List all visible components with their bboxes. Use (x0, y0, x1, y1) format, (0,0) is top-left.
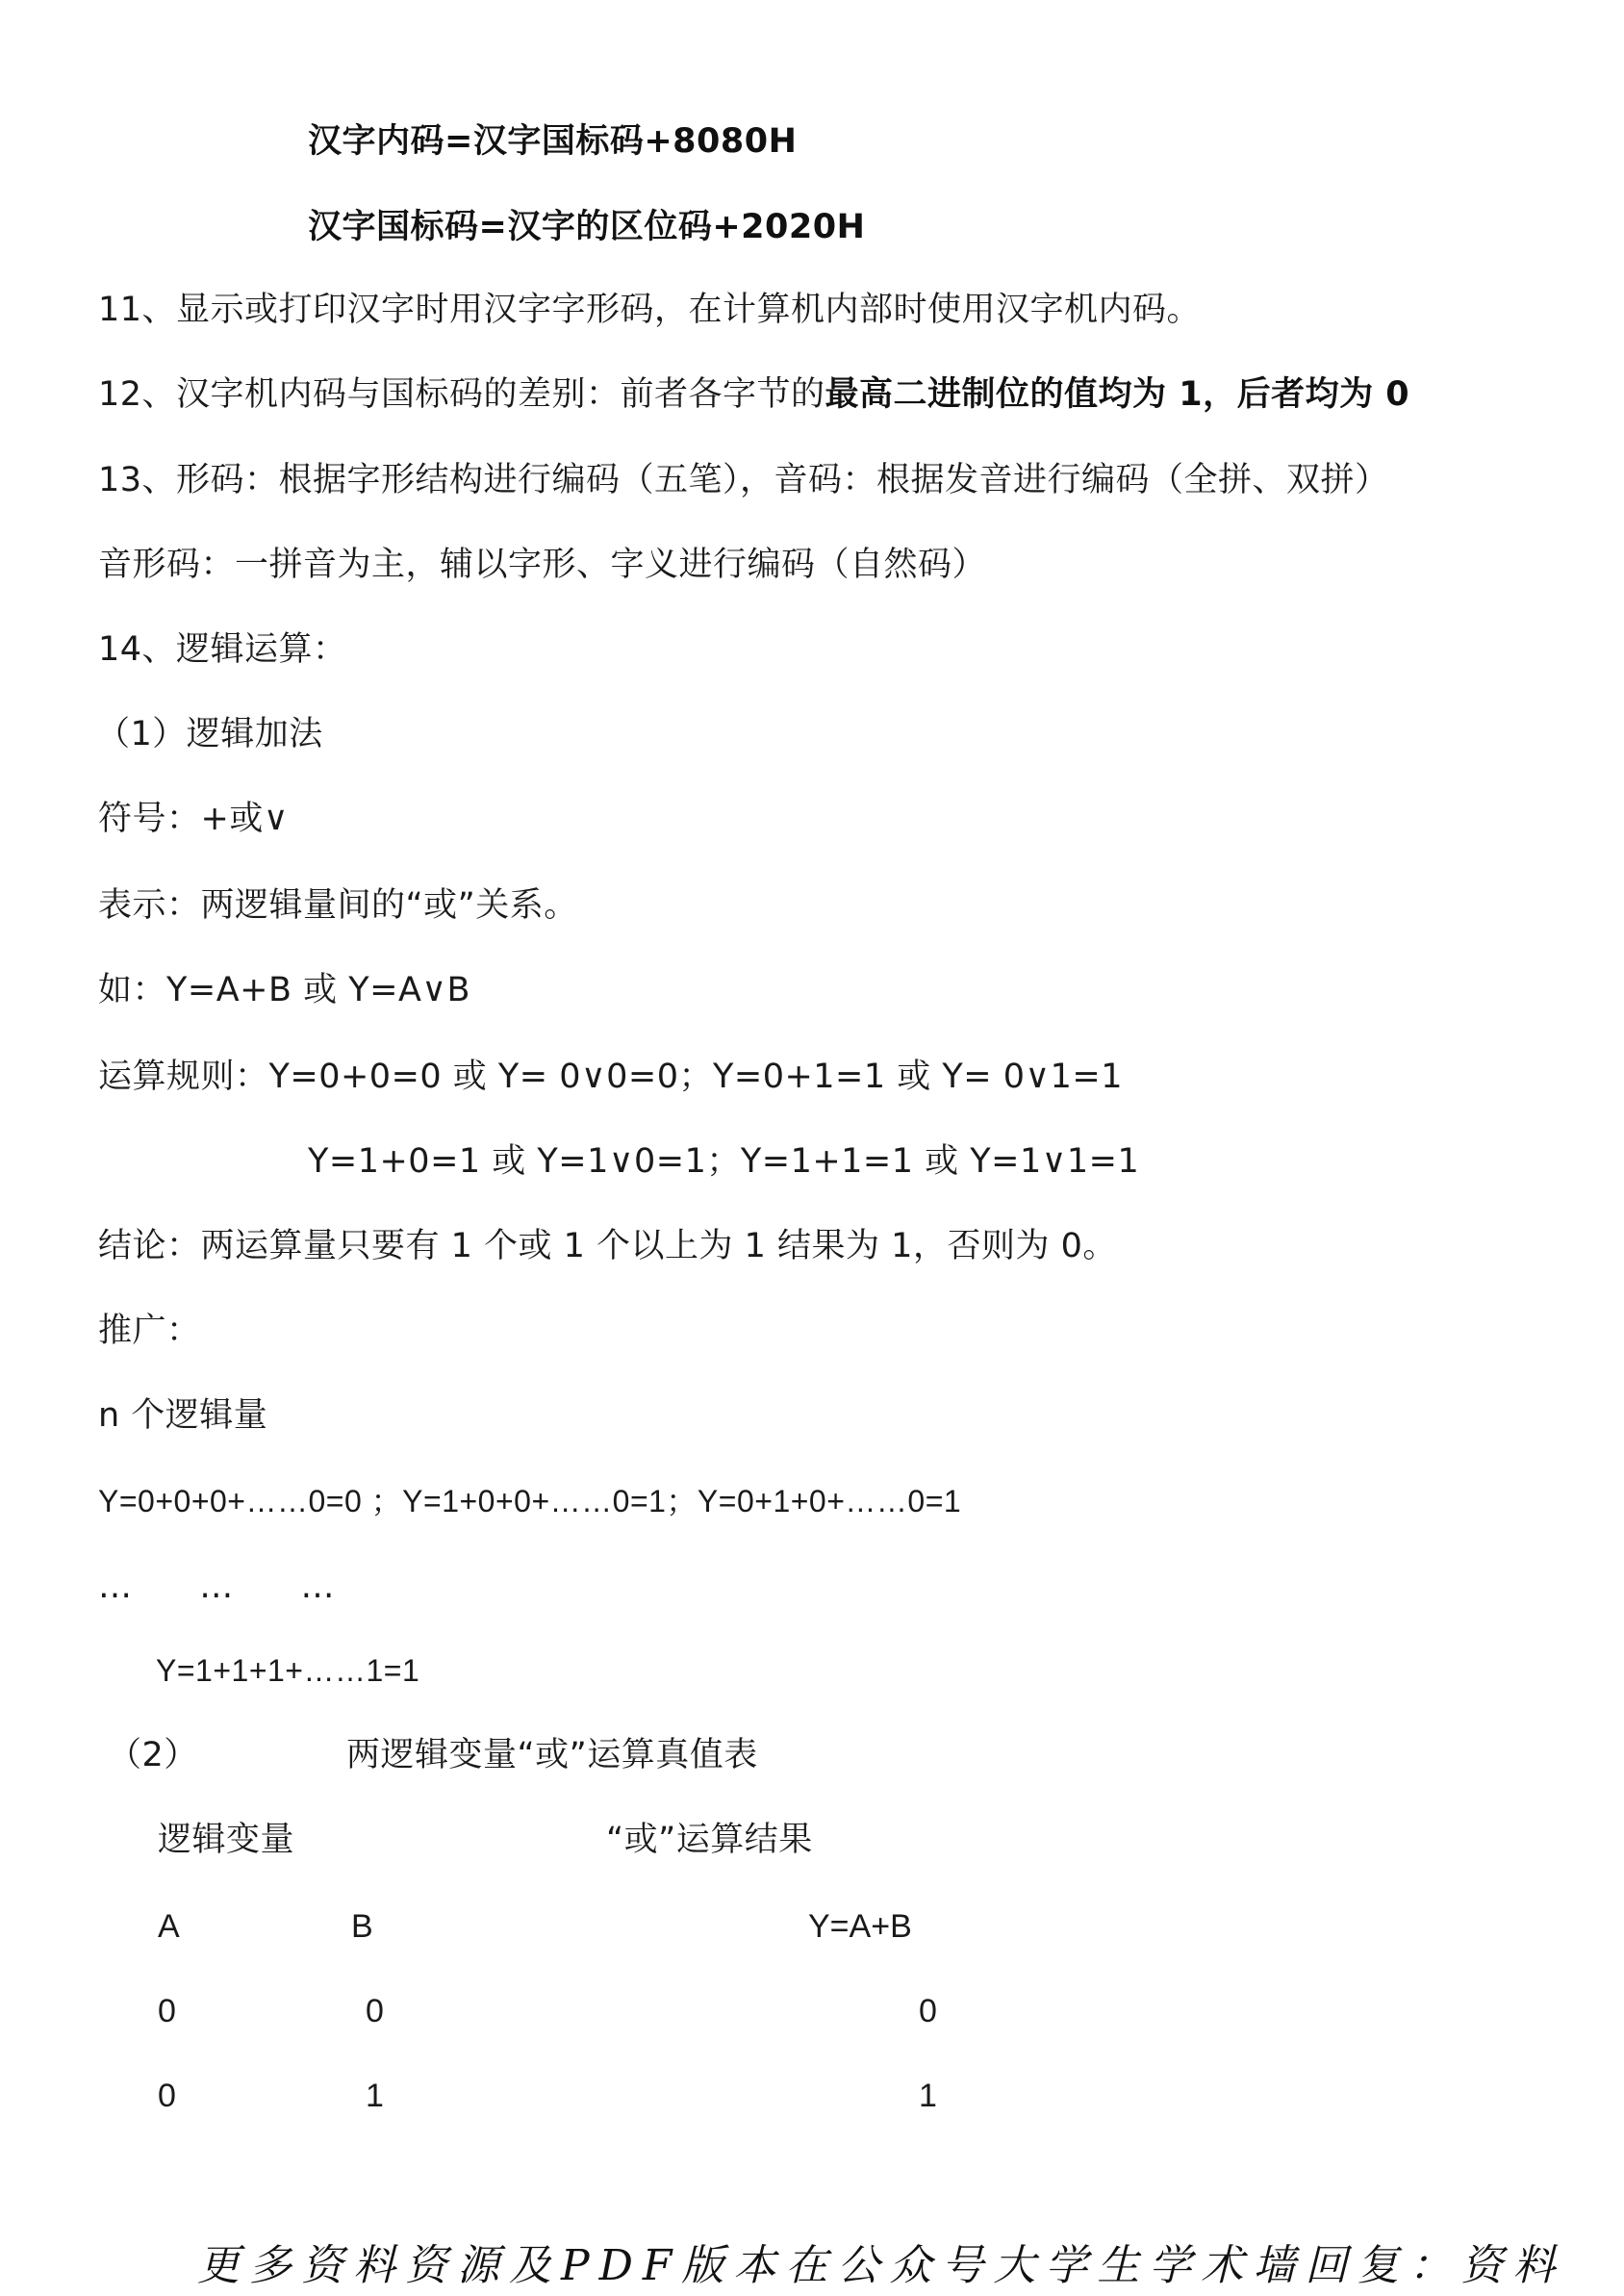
header-logic-variables: 逻辑变量 (158, 1819, 294, 1861)
sub1-meaning: 表示：两逻辑量间的“或”关系。 (98, 884, 578, 927)
sub1-example: 如：Y=A+B 或 Y=A∨B (98, 969, 470, 1011)
sub2-label: （2） (108, 1734, 198, 1776)
sub1-title: （1）逻辑加法 (96, 713, 323, 755)
sub1-n-examples: Y=0+0+0+……0=0 ；Y=1+0+0+……0=1；Y=0+1+0+……0… (98, 1480, 961, 1522)
formula-national-code: 汉字国标码=汉字的区位码+2020H (308, 206, 865, 248)
sub1-rules-line2: Y=1+0=1 或 Y=1∨0=1；Y=1+1=1 或 Y=1∨1=1 (308, 1140, 1139, 1183)
item-11: 11、显示或打印汉字时用汉字字形码，在计算机内部时使用汉字机内码。 (98, 289, 1201, 331)
sub1-conclusion: 结论：两运算量只要有 1 个或 1 个以上为 1 结果为 1，否则为 0。 (98, 1225, 1117, 1267)
cell-b: 0 (366, 1990, 384, 2032)
footer-promo: 更多资料资源及PDF版本在公众号大学生学术墙回复：资料 (197, 2231, 1564, 2292)
item-13: 13、形码：根据字形结构进行编码（五笔），音码：根据发音进行编码（全拼、双拼） (98, 459, 1389, 501)
item-13-phonetic-shape: 音形码：一拼音为主，辅以字形、字义进行编码（自然码） (98, 544, 986, 586)
cell-b: 1 (366, 2075, 384, 2117)
sub1-symbol: 符号：+或∨ (98, 798, 289, 840)
column-header-y: Y=A+B (808, 1905, 912, 1948)
item-12-prefix: 12、汉字机内码与国标码的差别：前者各字节的 (98, 375, 825, 414)
sub1-generalize: 推广： (98, 1310, 201, 1352)
formula-internal-code: 汉字内码=汉字国标码+8080H (308, 120, 797, 163)
cell-a: 0 (158, 2075, 176, 2117)
item-14-heading: 14、逻辑运算： (98, 628, 347, 671)
item-12: 12、汉字机内码与国标码的差别：前者各字节的最高二进制位的值均为 1，后者均为 … (98, 373, 1409, 416)
column-header-a: A (158, 1905, 180, 1948)
header-or-result: “或”运算结果 (606, 1819, 813, 1861)
sub1-rules-line1: 运算规则：Y=0+0=0 或 Y= 0∨0=0；Y=0+1=1 或 Y= 0∨1… (98, 1056, 1123, 1098)
sub1-n-vars: n 个逻辑量 (98, 1394, 267, 1437)
cell-a: 0 (158, 1990, 176, 2032)
sub1-all-ones: Y=1+1+1+……1=1 (156, 1649, 419, 1692)
cell-y: 0 (919, 1990, 937, 2032)
cell-y: 1 (919, 2075, 937, 2117)
item-12-emphasis: 最高二进制位的值均为 1，后者均为 0 (825, 375, 1410, 414)
sub2-title: 两逻辑变量“或”运算真值表 (346, 1734, 758, 1776)
column-header-b: B (351, 1905, 373, 1948)
sub1-ellipsis: … … … (98, 1566, 335, 1608)
